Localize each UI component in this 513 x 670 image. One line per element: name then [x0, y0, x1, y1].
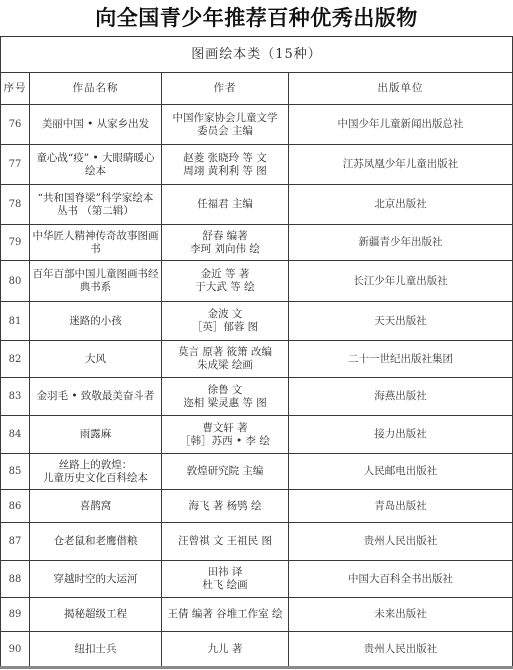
row-number: 88	[1, 561, 30, 598]
table-row: 80百年百部中国儿童图画书经典书系金近 等 著于大武 等 绘长江少年儿童出版社	[1, 261, 513, 302]
book-author: 赵菱 张晓玲 等 文周翊 黄利利 等 图	[162, 145, 289, 185]
book-author: 任福君 主编	[162, 185, 289, 225]
row-number: 89	[1, 598, 30, 632]
book-publisher: 江苏凤凰少年儿童出版社	[289, 145, 513, 185]
column-header-row: 序号 作品名称 作者 出版单位	[1, 73, 513, 105]
book-publisher: 海燕出版社	[289, 378, 513, 416]
column-header-author: 作者	[162, 73, 289, 105]
book-title: 雨露麻	[30, 416, 162, 454]
table-row: 89揭秘超级工程王倩 编著 谷堆工作室 绘未来出版社	[1, 598, 513, 632]
book-author: 徐鲁 文迩相 梁灵惠 等 图	[162, 378, 289, 416]
row-number: 90	[1, 632, 30, 668]
row-number: 81	[1, 302, 30, 341]
book-author: 曹文轩 著［韩］苏西 • 李 绘	[162, 416, 289, 454]
row-number: 86	[1, 490, 30, 523]
book-publisher: 二十一世纪出版社集团	[289, 341, 513, 378]
book-title: 仓老鼠和老鹰借粮	[30, 523, 162, 561]
category-heading: 图画绘本类（15种）	[1, 37, 513, 73]
book-author: 中国作家协会儿童文学委员会 主编	[162, 105, 289, 145]
book-title: 迷路的小孩	[30, 302, 162, 341]
book-author: 金近 等 著于大武 等 绘	[162, 261, 289, 302]
book-title: “共和国脊梁”科学家绘本丛书 （第二辑）	[30, 185, 162, 225]
table-row: 88穿越时空的大运河田祎 译杜飞 绘画中国大百科全书出版社	[1, 561, 513, 598]
row-number: 82	[1, 341, 30, 378]
row-number: 79	[1, 225, 30, 261]
book-author: 汪曾祺 文 王祖民 图	[162, 523, 289, 561]
book-title: 百年百部中国儿童图画书经典书系	[30, 261, 162, 302]
book-title: 揭秘超级工程	[30, 598, 162, 632]
table-row: 83金羽毛 • 致敬最美奋斗者徐鲁 文迩相 梁灵惠 等 图海燕出版社	[1, 378, 513, 416]
row-number: 76	[1, 105, 30, 145]
category-row: 图画绘本类（15种）	[1, 37, 513, 73]
table-row: 77童心战“疫” • 大眼睛暖心绘本赵菱 张晓玲 等 文周翊 黄利利 等 图江苏…	[1, 145, 513, 185]
book-title: 穿越时空的大运河	[30, 561, 162, 598]
table-row: 76美丽中国 • 从家乡出发中国作家协会儿童文学委员会 主编中国少年儿童新闻出版…	[1, 105, 513, 145]
table-row: 85丝路上的敦煌：儿童历史文化百科绘本敦煌研究院 主编人民邮电出版社	[1, 454, 513, 490]
book-author: 海飞 著 杨鸮 绘	[162, 490, 289, 523]
book-author: 莫言 原著 筱箫 改编朱成梁 绘画	[162, 341, 289, 378]
book-title: 童心战“疫” • 大眼睛暖心绘本	[30, 145, 162, 185]
book-title: 丝路上的敦煌：儿童历史文化百科绘本	[30, 454, 162, 490]
row-number: 77	[1, 145, 30, 185]
book-author: 王倩 编著 谷堆工作室 绘	[162, 598, 289, 632]
table-row: 78“共和国脊梁”科学家绘本丛书 （第二辑）任福君 主编北京出版社	[1, 185, 513, 225]
column-header-number: 序号	[1, 73, 30, 105]
book-publisher: 长江少年儿童出版社	[289, 261, 513, 302]
table-row: 81迷路的小孩金波 文［英］郁蓉 图天天出版社	[1, 302, 513, 341]
table-row: 87仓老鼠和老鹰借粮汪曾祺 文 王祖民 图贵州人民出版社	[1, 523, 513, 561]
book-publisher: 未来出版社	[289, 598, 513, 632]
row-number: 78	[1, 185, 30, 225]
column-header-title: 作品名称	[30, 73, 162, 105]
book-publisher: 青岛出版社	[289, 490, 513, 523]
table-row: 82大风莫言 原著 筱箫 改编朱成梁 绘画二十一世纪出版社集团	[1, 341, 513, 378]
book-publisher: 人民邮电出版社	[289, 454, 513, 490]
book-title: 美丽中国 • 从家乡出发	[30, 105, 162, 145]
book-title: 大风	[30, 341, 162, 378]
column-header-publisher: 出版单位	[289, 73, 513, 105]
book-author: 金波 文［英］郁蓉 图	[162, 302, 289, 341]
book-publisher: 天天出版社	[289, 302, 513, 341]
book-publisher: 中国少年儿童新闻出版总社	[289, 105, 513, 145]
page-title: 向全国青少年推荐百种优秀出版物	[0, 4, 513, 32]
book-author: 田祎 译杜飞 绘画	[162, 561, 289, 598]
row-number: 87	[1, 523, 30, 561]
row-number: 80	[1, 261, 30, 302]
book-publisher: 新疆青少年出版社	[289, 225, 513, 261]
book-title: 金羽毛 • 致敬最美奋斗者	[30, 378, 162, 416]
table-row: 84雨露麻曹文轩 著［韩］苏西 • 李 绘接力出版社	[1, 416, 513, 454]
recommendation-table: 图画绘本类（15种） 序号 作品名称 作者 出版单位 76美丽中国 • 从家乡出…	[0, 36, 513, 669]
table-row: 86喜鹊窝海飞 著 杨鸮 绘青岛出版社	[1, 490, 513, 523]
book-author: 九儿 著	[162, 632, 289, 668]
book-publisher: 中国大百科全书出版社	[289, 561, 513, 598]
row-number: 84	[1, 416, 30, 454]
book-title: 喜鹊窝	[30, 490, 162, 523]
table-row: 79中华匠人精神传奇故事图画书舒春 编著李珂 刘向伟 绘新疆青少年出版社	[1, 225, 513, 261]
book-publisher: 北京出版社	[289, 185, 513, 225]
book-title: 纽扣士兵	[30, 632, 162, 668]
book-author: 敦煌研究院 主编	[162, 454, 289, 490]
book-publisher: 接力出版社	[289, 416, 513, 454]
table-row: 90纽扣士兵九儿 著贵州人民出版社	[1, 632, 513, 668]
book-publisher: 贵州人民出版社	[289, 523, 513, 561]
row-number: 83	[1, 378, 30, 416]
row-number: 85	[1, 454, 30, 490]
book-author: 舒春 编著李珂 刘向伟 绘	[162, 225, 289, 261]
book-title: 中华匠人精神传奇故事图画书	[30, 225, 162, 261]
book-publisher: 贵州人民出版社	[289, 632, 513, 668]
